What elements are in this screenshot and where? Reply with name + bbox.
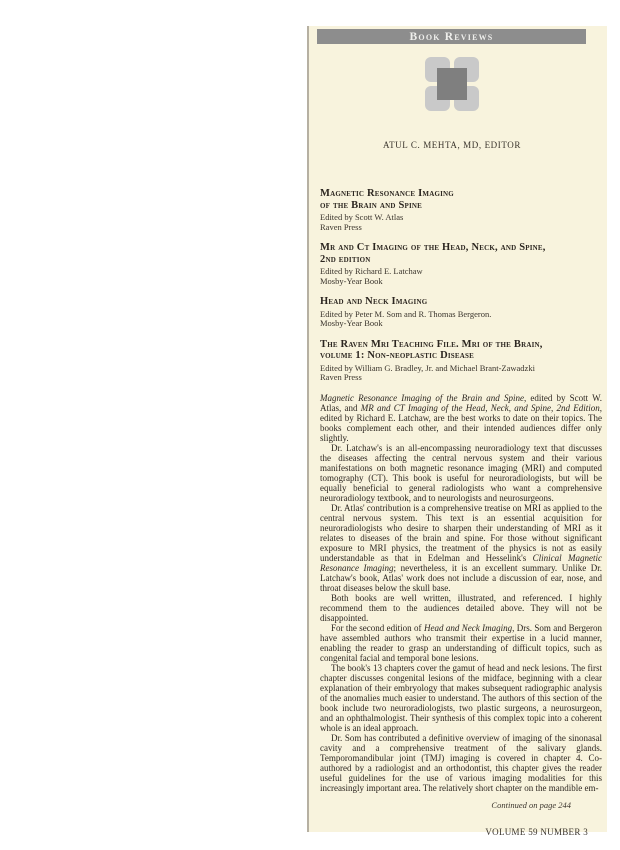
- book-entry: Mr and Ct Imaging of the Head, Neck, and…: [320, 242, 593, 286]
- book-title: The Raven Mri Teaching File. Mri of the …: [320, 339, 593, 362]
- review-paragraph: Dr. Latchaw's is an all-encompassing neu…: [320, 443, 602, 503]
- book-entry: Magnetic Resonance Imagingof the Brain a…: [320, 188, 593, 232]
- section-header-bar: Book Reviews: [317, 29, 586, 44]
- journal-logo-icon: [425, 57, 479, 111]
- book-title: Magnetic Resonance Imagingof the Brain a…: [320, 188, 593, 211]
- section-title: Book Reviews: [410, 31, 494, 43]
- book-entry: The Raven Mri Teaching File. Mri of the …: [320, 339, 593, 383]
- review-text: Magnetic Resonance Imaging of the Brain …: [320, 393, 602, 793]
- review-paragraph: For the second edition of Head and Neck …: [320, 623, 602, 663]
- logo-center-square: [437, 68, 467, 100]
- volume-footer: VOLUME 59 NUMBER 3: [309, 827, 607, 837]
- continued-note: Continued on page 244: [309, 800, 607, 810]
- scanned-journal-page: Book Reviews ATUL C. MEHTA, MD, EDITOR M…: [307, 26, 607, 832]
- editor-byline: ATUL C. MEHTA, MD, EDITOR: [303, 140, 601, 150]
- review-paragraph: Both books are well written, illustrated…: [320, 593, 602, 623]
- review-paragraph: Dr. Atlas' contribution is a comprehensi…: [320, 503, 602, 593]
- book-publisher: Mosby-Year Book: [320, 277, 593, 287]
- book-publisher: Raven Press: [320, 223, 593, 233]
- book-list: Magnetic Resonance Imagingof the Brain a…: [320, 188, 593, 383]
- book-title: Mr and Ct Imaging of the Head, Neck, and…: [320, 242, 593, 265]
- book-publisher: Raven Press: [320, 373, 593, 383]
- review-paragraph: Magnetic Resonance Imaging of the Brain …: [320, 393, 602, 443]
- review-paragraph: The book's 13 chapters cover the gamut o…: [320, 663, 602, 733]
- book-publisher: Mosby-Year Book: [320, 319, 593, 329]
- book-title: Head and Neck Imaging: [320, 296, 593, 308]
- review-paragraph: Dr. Som has contributed a definitive ove…: [320, 733, 602, 793]
- book-entry: Head and Neck Imaging Edited by Peter M.…: [320, 296, 593, 329]
